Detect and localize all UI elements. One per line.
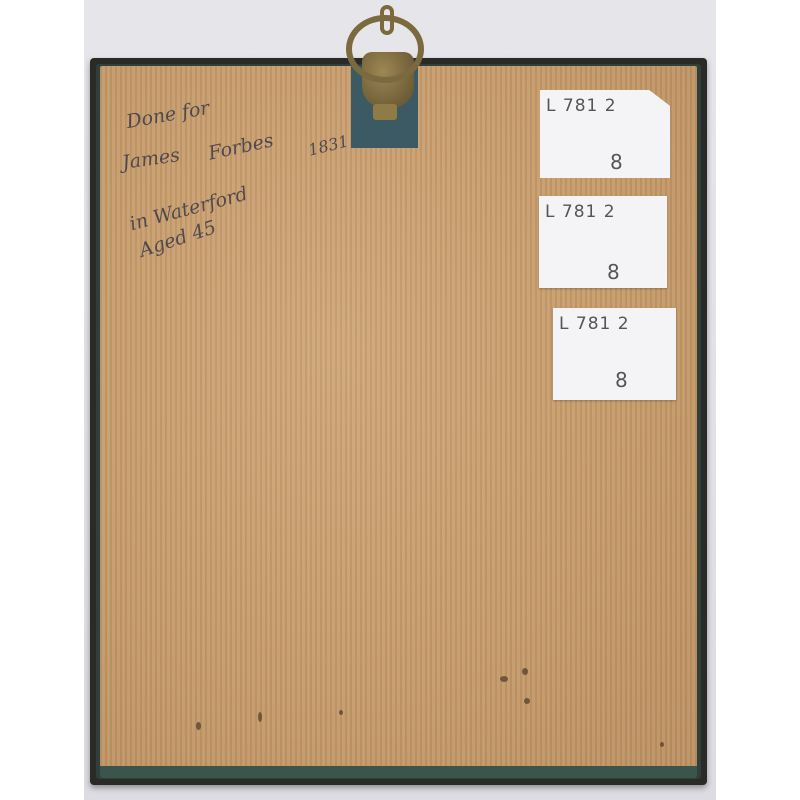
inventory-label: L 781 2 8 xyxy=(553,308,676,400)
label-code: L 781 2 xyxy=(546,96,617,116)
inscription-line: James xyxy=(121,144,181,174)
hanger-screw xyxy=(373,104,397,120)
stain-spot xyxy=(196,722,201,730)
label-code: L 781 2 xyxy=(559,314,630,334)
stain-spot xyxy=(500,676,508,682)
label-number: 8 xyxy=(610,150,623,174)
stain-spot xyxy=(258,712,262,722)
background-left xyxy=(0,0,84,800)
inventory-label: L 781 2 8 xyxy=(539,196,667,288)
inscription-line: Done for xyxy=(125,97,211,133)
background-right xyxy=(716,0,800,800)
hanging-ring xyxy=(346,15,424,83)
label-number: 8 xyxy=(615,368,628,392)
stain-spot xyxy=(524,698,530,704)
stain-spot xyxy=(522,668,528,675)
inventory-label: L 781 2 8 xyxy=(540,90,670,178)
label-code: L 781 2 xyxy=(545,202,616,222)
inscription-line: 1831 xyxy=(306,131,350,159)
pencil-inscription: Done for Forbes James 1831 in Waterford … xyxy=(118,98,358,278)
stain-spot xyxy=(339,710,343,715)
inscription-line: Forbes xyxy=(206,129,275,164)
stain-spot xyxy=(660,742,664,747)
label-number: 8 xyxy=(607,260,620,284)
frame-bottom-verdigris xyxy=(100,766,697,778)
